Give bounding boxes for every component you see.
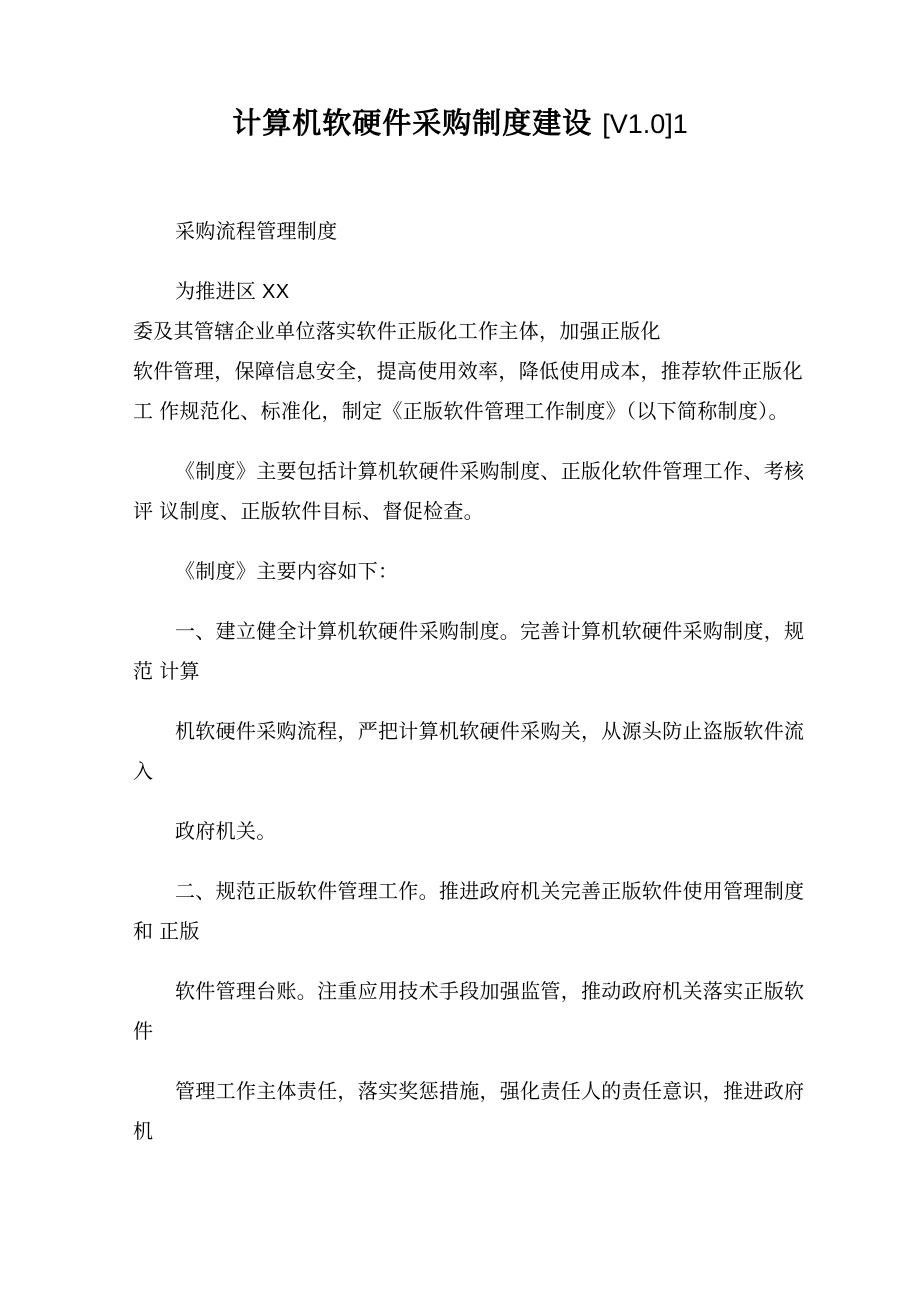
paragraph: 一、建立健全计算机软硬件采购制度。完善计算机软硬件采购制度，规范 计算 (133, 612, 880, 692)
text-line: 软件管理，保障信息安全，提高使用效率，降低使用成本，推荐软件正版化 (133, 352, 880, 392)
paragraph: 机软硬件采购流程，严把计算机软硬件采购关，从源头防止盗版软件流入 (133, 712, 880, 792)
text-line: 委及其管辖企业单位落实软件正版化工作主体，加强正版化 (133, 312, 880, 352)
text-line: 为推进区 XX (133, 272, 880, 312)
text-line: 二、规范正版软件管理工作。推进政府机关完善正版软件使用管理制度 (133, 872, 880, 912)
text-line: 件 (133, 1012, 880, 1052)
paragraph: 二、规范正版软件管理工作。推进政府机关完善正版软件使用管理制度和 正版 (133, 872, 880, 952)
text-line: 评 议制度、正版软件目标、督促检查。 (133, 492, 880, 532)
text-line: 《制度》主要包括计算机软硬件采购制度、正版化软件管理工作、考核 (133, 452, 880, 492)
text-line: 入 (133, 752, 880, 792)
document-title-version: [V1.0]1 (602, 109, 688, 139)
text-line: 和 正版 (133, 912, 880, 952)
document-title: 计算机软硬件采购制度建设[V1.0]1 (0, 0, 920, 145)
text-line: 一、建立健全计算机软硬件采购制度。完善计算机软硬件采购制度，规 (133, 612, 880, 652)
paragraph: 《制度》主要内容如下： (133, 552, 880, 592)
document-body: 采购流程管理制度为推进区 XX委及其管辖企业单位落实软件正版化工作主体，加强正版… (0, 212, 920, 1152)
paragraph: 采购流程管理制度 (133, 212, 880, 252)
text-line: 《制度》主要内容如下： (133, 552, 880, 592)
text-line: 机软硬件采购流程，严把计算机软硬件采购关，从源头防止盗版软件流 (133, 712, 880, 752)
document-page: 计算机软硬件采购制度建设[V1.0]1 采购流程管理制度为推进区 XX委及其管辖… (0, 0, 920, 1303)
paragraph: 管理工作主体责任，落实奖惩措施，强化责任人的责任意识，推进政府机 (133, 1072, 880, 1152)
text-line: 范 计算 (133, 652, 880, 692)
paragraph: 软件管理台账。注重应用技术手段加强监管，推动政府机关落实正版软件 (133, 972, 880, 1052)
text-line: 采购流程管理制度 (133, 212, 880, 252)
text-line: 政府机关。 (133, 812, 880, 852)
paragraph: 为推进区 XX委及其管辖企业单位落实软件正版化工作主体，加强正版化软件管理，保障… (133, 272, 880, 432)
paragraph: 政府机关。 (133, 812, 880, 852)
text-line: 机 (133, 1112, 880, 1152)
text-line: 工 作规范化、标准化，制定《正版软件管理工作制度》（以下简称制度）。 (133, 392, 880, 432)
document-title-text: 计算机软硬件采购制度建设 (232, 108, 592, 140)
text-line: 软件管理台账。注重应用技术手段加强监管，推动政府机关落实正版软 (133, 972, 880, 1012)
paragraph: 《制度》主要包括计算机软硬件采购制度、正版化软件管理工作、考核评 议制度、正版软… (133, 452, 880, 532)
text-line: 管理工作主体责任，落实奖惩措施，强化责任人的责任意识，推进政府 (133, 1072, 880, 1112)
